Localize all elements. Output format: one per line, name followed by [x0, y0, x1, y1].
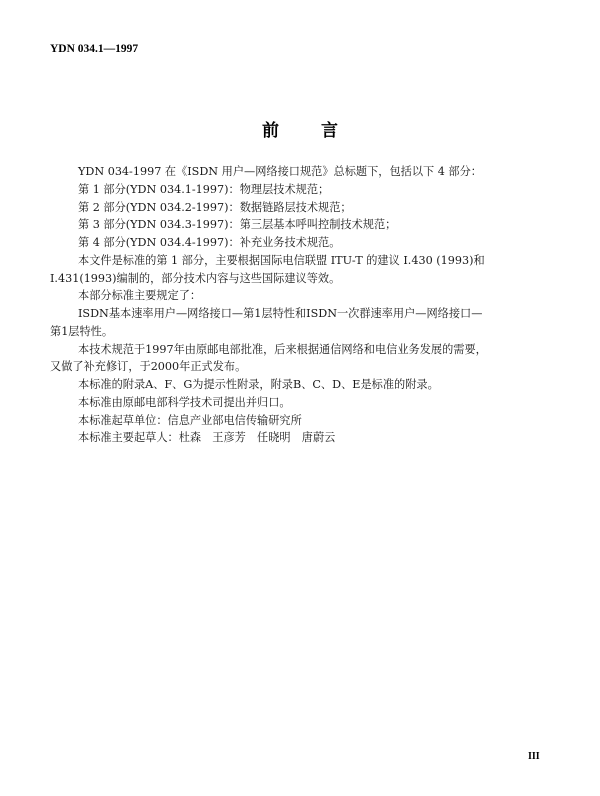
title-char-1: 前 [262, 116, 279, 141]
document-id-header: YDN 034.1—1997 [50, 43, 138, 55]
paragraph-line: 本技术规范于1997年由原邮电部批准，后来根据通信网络和电信业务发展的需要， [50, 341, 552, 359]
paragraph-line: 第 3 部分(YDN 034.3-1997)：第三层基本呼叫控制技术规范； [50, 216, 552, 234]
paragraph-line: 第 2 部分(YDN 034.2-1997)：数据链路层技术规范； [50, 199, 552, 217]
paragraph-line: 本标准主要起草人：杜森 王彦芳 任晓明 唐蔚云 [50, 429, 552, 447]
paragraph-line: 第1层特性。 [50, 323, 552, 341]
paragraph-line: ISDN基本速率用户—网络接口—第1层特性和ISDN一次群速率用户—网络接口— [50, 305, 552, 323]
paragraph-line: 本标准的附录A、F、G为提示性附录，附录B、C、D、E是标准的附录。 [50, 376, 552, 394]
page-number: III [528, 751, 540, 762]
paragraph-line: YDN 034-1997 在《ISDN 用户—网络接口规范》总标题下，包括以下 … [50, 163, 552, 181]
title-char-2: 言 [321, 116, 338, 141]
section-title: 前言 [0, 116, 600, 141]
paragraph-line: 本标准起草单位：信息产业部电信传输研究所 [50, 412, 552, 430]
paragraph-line: 又做了补充修订，于2000年正式发布。 [50, 358, 552, 376]
paragraph-line: 第 1 部分(YDN 034.1-1997)：物理层技术规范； [50, 181, 552, 199]
paragraph-line: 本部分标准主要规定了： [50, 287, 552, 305]
paragraph-line: 本标准由原邮电部科学技术司提出并归口。 [50, 394, 552, 412]
paragraph-line: 第 4 部分(YDN 034.4-1997)：补充业务技术规范。 [50, 234, 552, 252]
paragraph-line: 本文件是标准的第 1 部分，主要根据国际电信联盟 ITU-T 的建议 I.430… [50, 252, 552, 270]
foreword-body: YDN 034-1997 在《ISDN 用户—网络接口规范》总标题下，包括以下 … [50, 163, 552, 447]
paragraph-line: I.431(1993)编制的，部分技术内容与这些国际建议等效。 [50, 270, 552, 288]
